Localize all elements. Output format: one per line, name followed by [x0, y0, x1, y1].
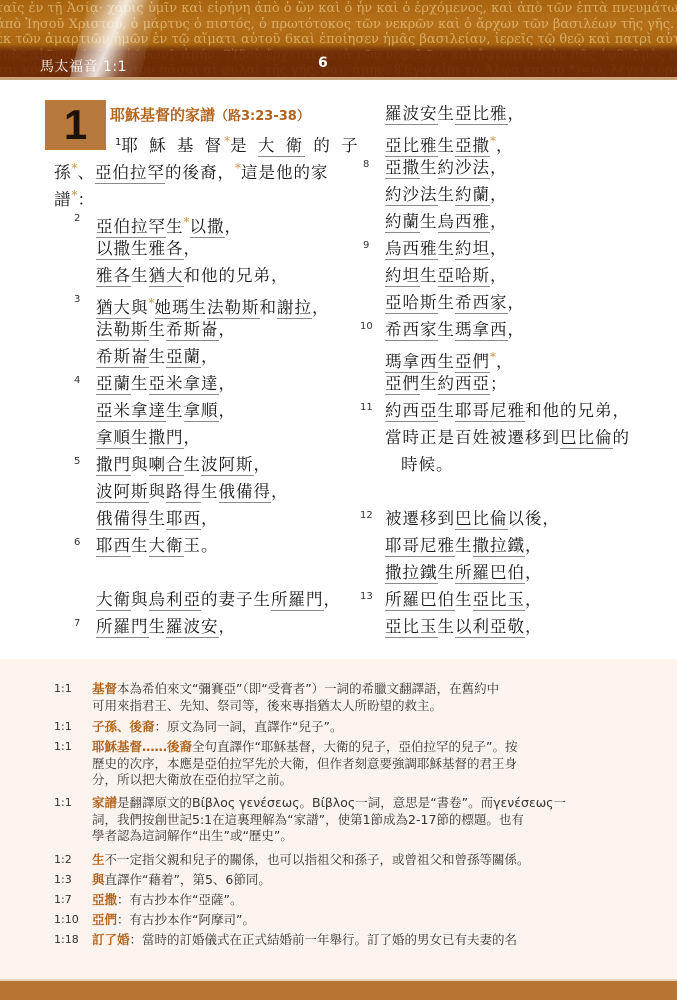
footnote-reference: 1:3: [54, 872, 72, 889]
verse-text: 王。: [184, 536, 219, 555]
proper-name: 烏西雅: [438, 212, 491, 233]
verse-text: 生: [166, 217, 184, 236]
verse-text: ，: [219, 320, 237, 339]
verse-text: 生: [131, 536, 149, 555]
footnote-reference: 1:10: [54, 912, 79, 929]
proper-name: 耶哥尼雅: [385, 536, 455, 557]
proper-name: 雅各: [96, 266, 131, 287]
verse-number: 4: [74, 375, 80, 386]
scripture-line: 亞撒生約沙法，: [385, 158, 508, 178]
verse-text: 與: [131, 455, 149, 474]
scripture-line: 約沙法生約蘭，: [385, 185, 508, 205]
footnote-text: 分，所以把大衛放在亞伯拉罕之前。: [92, 772, 292, 787]
proper-name: 亞比玉: [385, 617, 438, 638]
footnote-body: 訂了婚：當時的訂婚儀式在正式結婚前一年舉行。訂了婚的男女已有夫妻的名: [92, 932, 612, 949]
verse-text: ：: [78, 190, 96, 209]
footnote-text: 詞，我們按創世記5:1在這裏理解為“家譜”，使第1節成為2-17節的標題。也有: [92, 812, 524, 827]
proper-name: 喇合: [149, 455, 184, 476]
verse-text: 生: [131, 428, 149, 447]
verse-text: 這是他的家: [241, 163, 329, 182]
verse-text: 生: [149, 320, 167, 339]
scripture-line: 雅各生猶大和他的兄弟，: [96, 266, 289, 286]
page-number: 6: [318, 55, 328, 71]
verse-text: 生: [190, 298, 208, 317]
verse-number: 2: [74, 213, 80, 224]
proper-name: 亞伯拉罕: [95, 163, 165, 184]
proper-name: 亞米拿達: [96, 401, 166, 422]
verse-text: 生: [438, 320, 456, 339]
proper-name: 猶大: [96, 298, 131, 319]
verse-text: 生: [184, 455, 202, 474]
proper-name: 大 衛: [258, 136, 305, 157]
chapter-number: 1: [64, 104, 87, 146]
footnote-text: 學者認為這詞解作“出生”或“歷史”。: [92, 828, 293, 843]
proper-name: 約蘭: [455, 185, 490, 206]
scripture-line: 耶西生大衛王。: [96, 536, 219, 556]
proper-name: 約坦: [385, 266, 420, 287]
verse-text: ；: [490, 374, 508, 393]
verse-number: 8: [363, 159, 369, 170]
footnote-keyword: 子孫、後裔: [92, 719, 155, 734]
verse-text: 生: [149, 617, 167, 636]
scripture-line: 亞米拿達生拿順，: [96, 401, 236, 421]
footnote-keyword: 與: [92, 872, 105, 887]
verse-number: 13: [360, 591, 373, 602]
footnote-keyword: 耶穌基督: [92, 739, 142, 754]
footnote-text: 歷史的次序，本應是亞伯拉罕先於大衛，但作者刻意要強調耶穌基督的君王身: [92, 756, 517, 771]
verse-text: 生: [131, 266, 149, 285]
footnote-keyword: 亞撒: [92, 892, 117, 907]
verse-text: ，: [324, 590, 342, 609]
proper-name: 烏西雅: [385, 239, 438, 260]
verse-text: ，: [496, 352, 514, 371]
proper-name: 耶西: [166, 509, 201, 530]
verse-text: 的: [613, 428, 631, 447]
proper-name: 撒拉鐵: [473, 536, 526, 557]
scripture-line: 瑪拿西生亞們*，: [385, 347, 514, 372]
proper-name: 亞哈斯: [385, 293, 438, 314]
footnote-reference: 1:7: [54, 892, 72, 909]
verse-text: ，: [525, 563, 543, 582]
verse-text: 譜: [54, 190, 72, 209]
proper-name: 羅波安: [166, 617, 219, 638]
scripture-line: 被遷移到巴比倫以後，: [385, 509, 560, 529]
footnote-text: 全句直譯作“耶穌基督，大衛的兒子，亞伯拉罕的兒子”。按: [192, 739, 517, 754]
footnote-text: ：原文為同一詞，直譯作“兒子”。: [155, 719, 343, 734]
verse-text: 以後，: [508, 509, 561, 528]
verse-text: 、: [78, 163, 96, 182]
footnote-text: 不一定指父親和兒子的關係，也可以指祖父和孫子，或曾祖父和曾孫等關係。: [105, 852, 530, 867]
scripture-line: 波阿斯與路得生俄備得，: [96, 482, 289, 502]
verse-text: 和他的兄弟，: [184, 266, 289, 285]
proper-name: 瑪拿西: [385, 352, 438, 373]
proper-name: 亞比雅: [385, 136, 438, 157]
verse-text: 生: [149, 347, 167, 366]
scripture-line: 亞比雅生亞撒*，: [385, 131, 514, 156]
header-divider: [0, 77, 677, 80]
verse-text: 生: [201, 482, 219, 501]
footnote-body: 與直譯作“藉着”，第5、6節同。: [92, 872, 612, 889]
verse-1-line-2: 孫*、亞伯拉罕的後裔，*這是他的家: [54, 158, 329, 183]
proper-name: 巴比倫: [560, 428, 613, 449]
scripture-line: 撒門與喇合生波阿斯，: [96, 455, 271, 475]
verse-number: 9: [363, 240, 369, 251]
verse-text: 生: [166, 401, 184, 420]
proper-name: 希西家: [385, 320, 438, 341]
verse-text: 與: [149, 482, 167, 501]
scripture-line: 所羅門生羅波安，: [96, 617, 236, 637]
scripture-line: 當時正是百姓被遷移到巴比倫的: [385, 428, 630, 448]
scripture-line: 猶大與*她瑪生法勒斯和謝拉，: [96, 293, 330, 318]
scripture-line: 所羅巴伯生亞比玉，: [385, 590, 543, 610]
footnote-keyword: 後裔: [167, 739, 192, 754]
scripture-line: 法勒斯生希斯崙，: [96, 320, 236, 340]
scripture-line: 希西家生瑪拿西，: [385, 320, 525, 340]
proper-name: 亞蘭: [166, 347, 201, 368]
verse-text: ，: [219, 374, 237, 393]
verse-text: 與: [131, 298, 149, 317]
verse-number: 12: [360, 510, 373, 521]
footnote-reference: 1:1: [54, 739, 72, 756]
header-banner: ταῖς ἐν τῇ Ἀσίᾳ· χάρις ὑμῖν καὶ εἰρήνη ἀ…: [0, 0, 677, 80]
verse-text: 生: [149, 509, 167, 528]
proper-name: 希斯崙: [166, 320, 219, 341]
footnote-body: 亞們：有古抄本作“阿摩司”。: [92, 912, 612, 929]
proper-name: 猶大: [149, 266, 184, 287]
verse-text: ，: [201, 347, 219, 366]
verse-number: 11: [360, 402, 373, 413]
scripture-line: 亞伯拉罕生*以撒，: [96, 212, 242, 237]
verse-text: 生: [420, 158, 438, 177]
verse-1-line-3: 譜*：: [54, 185, 95, 210]
footnote-asterisk[interactable]: *: [184, 215, 190, 229]
proper-name: 以利亞敬: [455, 617, 525, 638]
footnote-asterisk[interactable]: *: [149, 296, 155, 310]
verse-text: 與: [131, 590, 149, 609]
footnote-text: ：有古抄本作“阿摩司”。: [117, 912, 255, 927]
verse-text: ，: [490, 266, 508, 285]
scripture-line: 約坦生亞哈斯，: [385, 266, 508, 286]
proper-name: 撒拉鐵: [385, 563, 438, 584]
proper-name: 巴比倫: [455, 509, 508, 530]
verse-text: ，: [271, 482, 289, 501]
proper-name: 約沙法: [385, 185, 438, 206]
scripture-line: 亞蘭生亞米拿達，: [96, 374, 236, 394]
verse-text: ，: [490, 185, 508, 204]
verse-text: ，: [525, 536, 543, 555]
proper-name: 路得: [166, 482, 201, 503]
proper-name: 拿順: [96, 428, 131, 449]
verse-text: 的後裔，: [165, 163, 235, 182]
scripture-line: 亞們生約西亞；: [385, 374, 508, 394]
verse-text: ，: [490, 239, 508, 258]
verse-number: 6: [74, 537, 80, 548]
verse-text: ，: [490, 158, 508, 177]
proper-name: 亞蘭: [96, 374, 131, 395]
footnote-text: 是翻譯原文的Βίβλος γενέσεως。Βίβλος一詞，意思是“書卷”。而…: [117, 795, 566, 810]
proper-name: 大衛: [96, 590, 131, 611]
footnote-text: 可用來指君王、先知、祭司等，後來專指猶太人所盼望的救主。: [92, 698, 442, 713]
scripture-line: 耶哥尼雅生撒拉鐵，: [385, 536, 543, 556]
verse-text: ，: [219, 401, 237, 420]
scripture-line: 時候。: [401, 455, 454, 475]
footnote-text: 本為希伯來文“彌賽亞”（即“受膏者”）一詞的希臘文翻譯語，在舊約中: [117, 681, 499, 696]
proper-name: 拿順: [184, 401, 219, 422]
verse-text: 生: [438, 293, 456, 312]
proper-name: 瑪拿西: [455, 320, 508, 341]
verse-text: ，: [490, 212, 508, 231]
footnotes-panel: 1:1基督本為希伯來文“彌賽亞”（即“受膏者”）一詞的希臘文翻譯語，在舊約中可用…: [0, 659, 677, 979]
proper-name: 波阿斯: [96, 482, 149, 503]
footer-bar: [0, 979, 677, 1000]
verse-text: 生: [438, 136, 456, 155]
proper-name: 所羅門: [271, 590, 324, 611]
verse-text: ，: [312, 298, 330, 317]
verse-number: 3: [74, 294, 80, 305]
scripture-line: 大衛與烏利亞的妻子生所羅門，: [96, 590, 341, 610]
verse-text: ，: [201, 509, 219, 528]
footnote-keyword: 生: [92, 852, 105, 867]
footnote-reference: 1:1: [54, 681, 72, 698]
proper-name: 亞撒: [385, 158, 420, 179]
proper-name: 亞們: [455, 352, 490, 373]
proper-name: 撒門: [96, 455, 131, 476]
verse-text: 和他的兄弟，: [525, 401, 630, 420]
verse-number: 5: [74, 456, 80, 467]
verse-text: ，: [525, 617, 543, 636]
footnote-keyword: 基督: [92, 681, 117, 696]
verse-text: 生: [438, 239, 456, 258]
verse-text: 時候。: [401, 455, 454, 474]
verse-1-line-1: 1耶 穌 基 督*是 大 衛 的 子: [115, 131, 361, 156]
proper-name: 約西亞: [385, 401, 438, 422]
verse-text: 生: [438, 104, 456, 123]
footnote-body: 家譜是翻譯原文的Βίβλος γενέσεως。Βίβλος一詞，意思是“書卷”…: [92, 795, 612, 845]
proper-name: 亞米拿達: [149, 374, 219, 395]
proper-name: 約蘭: [385, 212, 420, 233]
verse-text: ，: [508, 104, 526, 123]
verse-text: 生: [455, 590, 473, 609]
scripture-line: 撒拉鐵生所羅巴伯，: [385, 563, 543, 583]
proper-name: 謝拉: [277, 298, 312, 319]
proper-name: 羅波安: [385, 104, 438, 125]
footnote-body: 基督本為希伯來文“彌賽亞”（即“受膏者”）一詞的希臘文翻譯語，在舊約中可用來指君…: [92, 681, 612, 714]
proper-name: 希西家: [455, 293, 508, 314]
proper-name: 耶哥尼雅: [455, 401, 525, 422]
footnote-reference: 1:2: [54, 852, 72, 869]
scripture-line: 烏西雅生約坦，: [385, 239, 508, 259]
scripture-line: 約蘭生烏西雅，: [385, 212, 508, 232]
footnote-body: 生不一定指父親和兒子的關係，也可以指祖父和孫子，或曾祖父和曾孫等關係。: [92, 852, 612, 869]
footnote-reference: 1:1: [54, 719, 72, 736]
proper-name: 希斯崙: [96, 347, 149, 368]
proper-name: 亞們: [385, 374, 420, 395]
footnote-reference: 1:18: [54, 932, 79, 949]
proper-name: 烏利亞: [149, 590, 202, 611]
proper-name: 大衛: [149, 536, 184, 557]
footnote-text: ：有古抄本作“亞薩”。: [117, 892, 242, 907]
proper-name: 以撒: [190, 217, 225, 238]
verse-text: 孫: [54, 163, 72, 182]
running-head: 馬太福音 1:1: [40, 56, 127, 76]
verse-text: 生: [438, 185, 456, 204]
section-cross-reference: （路3:23-38）: [215, 109, 310, 124]
proper-name: 亞比雅: [455, 104, 508, 125]
verse-text: ，: [225, 217, 243, 236]
verse-text: 的 子: [305, 136, 361, 155]
proper-name: 所羅巴伯: [455, 563, 525, 584]
proper-name: 耶西: [96, 536, 131, 557]
proper-name: 波阿斯: [201, 455, 254, 476]
verse-text: 被遷移到: [385, 509, 455, 528]
proper-name: 以撒: [96, 239, 131, 260]
proper-name: 雅各: [149, 239, 184, 260]
verse-text: 當時正是百姓被遷移到: [385, 428, 560, 447]
scripture-line: 以撒生雅各，: [96, 239, 201, 259]
proper-name: 亞哈斯: [438, 266, 491, 287]
verse-text: 生: [455, 536, 473, 555]
proper-name: 約沙法: [438, 158, 491, 179]
verse-number: 7: [74, 618, 80, 629]
footnote-body: 耶穌基督……後裔全句直譯作“耶穌基督，大衛的兒子，亞伯拉罕的兒子”。按歷史的次序…: [92, 739, 612, 789]
verse-text: 生: [438, 352, 456, 371]
proper-name: 她瑪: [155, 298, 190, 319]
footnote-text: ：當時的訂婚儀式在正式結婚前一年舉行。訂了婚的男女已有夫妻的名: [130, 932, 518, 947]
verse-text: ，: [508, 320, 526, 339]
scripture-line: 羅波安生亞比雅，: [385, 104, 525, 124]
verse-text: ，: [525, 590, 543, 609]
footnote-keyword: 家譜: [92, 795, 117, 810]
verse-text: 是: [230, 136, 250, 155]
verse-text: ，: [219, 617, 237, 636]
verse-text: ，: [184, 428, 202, 447]
verse-text: 生: [438, 617, 456, 636]
verse-text: 的妻子生: [201, 590, 271, 609]
proper-name: 俄備得: [219, 482, 272, 503]
proper-name: 法勒斯: [96, 320, 149, 341]
verse-number: 10: [360, 321, 373, 332]
chapter-number-box: 1: [45, 100, 106, 150]
proper-name: 法勒斯: [207, 298, 260, 319]
verse-text: 生: [438, 401, 456, 420]
proper-name: 亞伯拉罕: [96, 217, 166, 238]
proper-name: 所羅巴伯: [385, 590, 455, 611]
verse-text: 生: [438, 563, 456, 582]
verse-text: 生: [131, 239, 149, 258]
footnote-reference: 1:1: [54, 795, 72, 812]
footnote-keyword: 訂了婚: [92, 932, 130, 947]
proper-name: 亞比玉: [473, 590, 526, 611]
proper-name: 約坦: [455, 239, 490, 260]
scripture-line: 約西亞生耶哥尼雅和他的兄弟，: [385, 401, 630, 421]
scripture-line: 亞哈斯生希西家，: [385, 293, 525, 313]
footnote-keyword-separator: ……: [142, 739, 167, 754]
verse-text: 生: [420, 266, 438, 285]
scripture-line: 俄備得生耶西，: [96, 509, 219, 529]
verse-text: 和: [260, 298, 278, 317]
footnote-text: 直譯作“藉着”，第5、6節同。: [105, 872, 271, 887]
verse-text: ，: [496, 136, 514, 155]
verse-text: 生: [420, 374, 438, 393]
footnote-keyword: 亞們: [92, 912, 117, 927]
verse-text: ，: [508, 293, 526, 312]
scripture-line: 拿順生撒門，: [96, 428, 201, 448]
section-title: 耶穌基督的家譜（路3:23-38）: [110, 104, 310, 125]
verse-text: ，: [184, 239, 202, 258]
footnote-body: 亞撒：有古抄本作“亞薩”。: [92, 892, 612, 909]
verse-text: 耶 穌 基 督: [121, 136, 224, 155]
verse-text: 生: [131, 374, 149, 393]
proper-name: 所羅門: [96, 617, 149, 638]
section-title-text: 耶穌基督的家譜: [110, 106, 215, 124]
proper-name: 俄備得: [96, 509, 149, 530]
footnote-body: 子孫、後裔：原文為同一詞，直譯作“兒子”。: [92, 719, 612, 736]
scripture-line: 亞比玉生以利亞敬，: [385, 617, 543, 637]
proper-name: 約西亞: [438, 374, 491, 395]
verse-text: 生: [420, 212, 438, 231]
verse-text: ，: [254, 455, 272, 474]
proper-name: 亞撒: [455, 136, 490, 157]
scripture-line: 希斯崙生亞蘭，: [96, 347, 219, 367]
proper-name: 撒門: [149, 428, 184, 449]
